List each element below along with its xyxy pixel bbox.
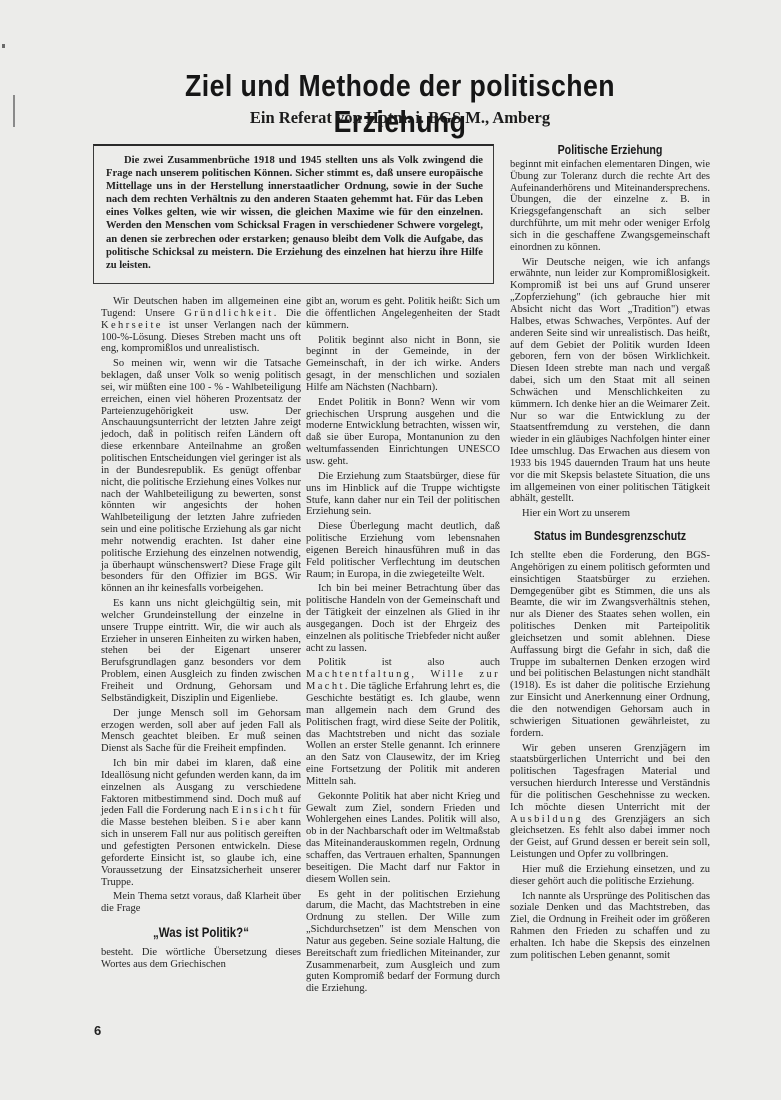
intro-text: Die zwei Zusammenbrüche 1918 und 1945 st…	[94, 146, 493, 272]
paragraph: Endet Politik in Bonn? Wenn wir vom grie…	[306, 397, 500, 468]
intro-box: Die zwei Zusammenbrüche 1918 und 1945 st…	[93, 144, 494, 284]
paragraph: Mein Thema setzt voraus, daß Klarheit üb…	[101, 891, 301, 915]
paragraph: Die Erziehung zum Staatsbürger, diese fü…	[306, 471, 500, 518]
text: Wir geben unseren Grenzjägern im staatsb…	[510, 743, 710, 813]
paragraph: Wir Deutschen haben im allgemeinen eine …	[101, 296, 301, 355]
text: Politik ist also auch	[318, 657, 500, 668]
emphasis: Sie	[232, 817, 253, 828]
text: . Die	[274, 308, 301, 319]
scan-artifact	[2, 44, 5, 48]
paragraph: gibt an, worum es geht. Politik heißt: S…	[306, 296, 500, 332]
text: . Die tägliche Erfahrung lehrt es, die G…	[306, 681, 500, 787]
emphasis: Einsicht	[232, 805, 286, 816]
paragraph: Es geht in der politischen Erziehung dar…	[306, 889, 500, 996]
paragraph: Der junge Mensch soll im Gehorsam erzoge…	[101, 708, 301, 755]
article-subtitle: Ein Referat von Hptm. i. BGS M., Amberg	[100, 108, 700, 128]
emphasis: Ausbildung	[510, 814, 583, 825]
paragraph: Wir geben unseren Grenzjägern im staatsb…	[510, 743, 710, 861]
paragraph: Hier ein Wort zu unserem	[510, 508, 710, 520]
emphasis: Kehrseite	[101, 320, 163, 331]
paragraph: Ich bin bei meiner Betrachtung über das …	[306, 583, 500, 654]
section-heading-was-ist-politik: „Was ist Politik?“	[119, 927, 283, 939]
paragraph: So meinen wir, wenn wir die Tatsache bek…	[101, 358, 301, 595]
document-page: Ziel und Methode der politischen Erziehu…	[0, 0, 781, 1100]
paragraph: besteht. Die wörtliche Übersetzung diese…	[101, 947, 301, 971]
paragraph: Ich nannte als Ursprünge des Politischen…	[510, 891, 710, 962]
paragraph: Wir Deutsche neigen, wie ich anfangs erw…	[510, 257, 710, 506]
paragraph: Hier muß die Erziehung einsetzen, und zu…	[510, 864, 710, 888]
column-1: Wir Deutschen haben im allgemeinen eine …	[101, 296, 301, 974]
paragraph: Ich stellte eben die Forderung, den BGS-…	[510, 550, 710, 740]
column-3: Politische Erziehung beginnt mit einfach…	[510, 160, 710, 965]
page-number: 6	[94, 1023, 101, 1038]
paragraph: Politik ist also auch Machtentfaltung, W…	[306, 657, 500, 787]
paragraph: Politik beginnt also nicht in Bonn, sie …	[306, 335, 500, 394]
article-title: Ziel und Methode der politischen Erziehu…	[142, 68, 658, 140]
paragraph: Es kann uns nicht gleichgültig sein, mit…	[101, 598, 301, 705]
paragraph: beginnt mit einfachen elementaren Dingen…	[510, 159, 710, 254]
paragraph: Gekonnte Politik hat aber nicht Krieg un…	[306, 791, 500, 886]
paragraph: Diese Überlegung macht deutlich, daß pol…	[306, 521, 500, 580]
scan-artifact	[13, 95, 15, 127]
section-heading-status: Status im Bundesgrenzschutz	[528, 530, 692, 542]
emphasis: Gründlichkeit	[184, 308, 274, 319]
paragraph: Ich bin mir dabei im klaren, daß eine Id…	[101, 758, 301, 888]
section-heading-politische-erziehung: Politische Erziehung	[528, 144, 692, 156]
column-2: gibt an, worum es geht. Politik heißt: S…	[306, 296, 500, 998]
